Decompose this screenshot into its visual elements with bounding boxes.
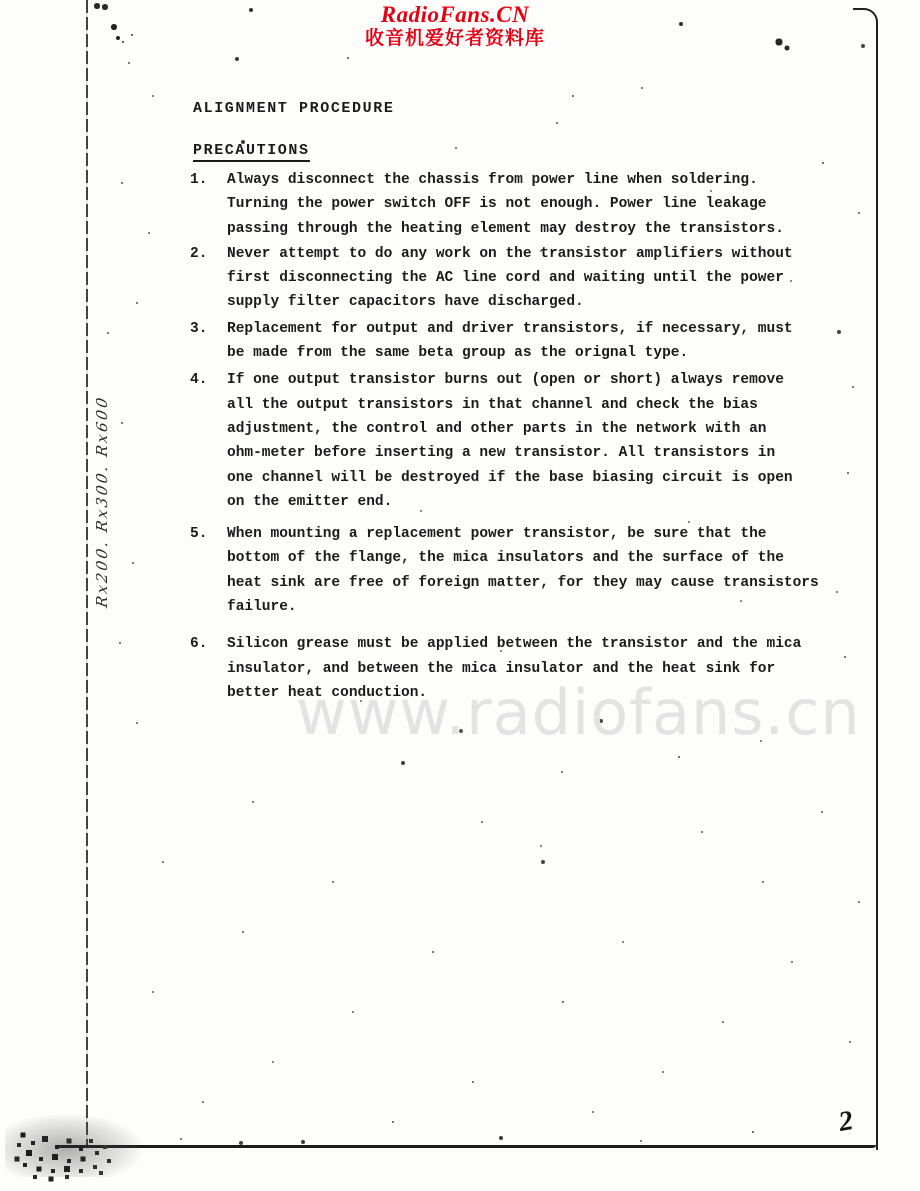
list-item-number: 5.: [190, 522, 227, 546]
list-item-number: 3.: [190, 317, 227, 341]
list-item-text: If one output transistor burns out (open…: [227, 368, 827, 514]
list-item-text: Always disconnect the chassis from power…: [227, 168, 827, 241]
handwritten-margin-note: Rx200. Rx300. Rx600: [93, 385, 117, 619]
list-item-text: When mounting a replacement power transi…: [227, 522, 827, 619]
page-right-edge-line: [853, 8, 878, 1150]
list-item-number: 2.: [190, 242, 227, 266]
section-heading-text: PRECAUTIONS: [193, 142, 310, 162]
bottom-left-smudge-dots: [10, 1120, 12, 1122]
list-item-number: 1.: [190, 168, 227, 192]
list-item: 5. When mounting a replacement power tra…: [190, 522, 830, 619]
scan-noise-specks-light: [0, 0, 2, 2]
section-heading: PRECAUTIONS: [193, 142, 310, 162]
document-title: ALIGNMENT PROCEDURE: [193, 100, 394, 117]
list-item: 1. Always disconnect the chassis from po…: [190, 168, 830, 241]
top-watermark-chinese-text: 收音机爱好者资料库: [285, 27, 625, 49]
list-item-text: Replacement for output and driver transi…: [227, 317, 827, 366]
list-item-number: 6.: [190, 632, 227, 656]
scanned-document-page: www.radiofans.cn RadioFans.CN 收音机爱好者资料库 …: [0, 0, 920, 1191]
list-item: 2. Never attempt to do any work on the t…: [190, 242, 830, 315]
list-item-text: Never attempt to do any work on the tran…: [227, 242, 827, 315]
top-watermark-site-name: RadioFans.CN: [285, 3, 625, 27]
list-item: 3. Replacement for output and driver tra…: [190, 317, 830, 366]
list-item: 6. Silicon grease must be applied betwee…: [190, 632, 830, 705]
list-item-number: 4.: [190, 368, 227, 392]
top-watermark: RadioFans.CN 收音机爱好者资料库: [285, 3, 625, 49]
list-item: 4. If one output transistor burns out (o…: [190, 368, 830, 514]
precautions-list: 1. Always disconnect the chassis from po…: [190, 168, 830, 705]
list-item-text: Silicon grease must be applied between t…: [227, 632, 827, 705]
page-left-edge-line: [86, 0, 88, 1147]
page-bottom-edge-line: [56, 1145, 876, 1148]
bottom-left-smudge: [5, 1115, 140, 1177]
